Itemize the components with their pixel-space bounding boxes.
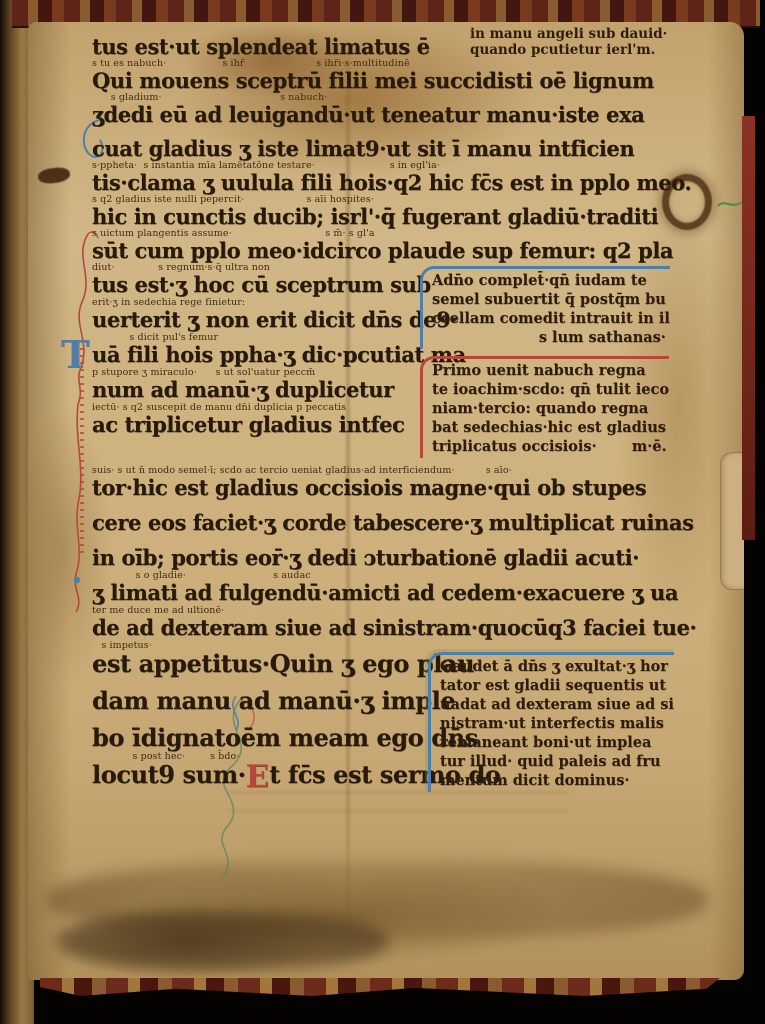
commentary-line: semel subuertit q̄ postq̄m bu <box>432 290 670 309</box>
text-line: hic in cunctis ducib; isrl'·q̄ fugerant … <box>92 205 682 228</box>
text-line-group: iectū· s q2 suscepit de manu dn̄i duplic… <box>92 402 432 437</box>
commentary-line: tur illud· quid paleis ad fru <box>440 752 674 771</box>
binding-red-strip <box>742 116 755 540</box>
text-line-group: s dicit pul's femur uā fili hois ppha·ʒ … <box>92 332 432 367</box>
text-line-group: s impetus· est appetitus·Quin ʒ ego plau <box>92 640 440 677</box>
commentary-line: nistram·ut interfectis malis <box>440 714 674 733</box>
commentary-column-bottom: Gaudet ā dn̄s ʒ exultat·ʒ hor tator est … <box>440 640 682 799</box>
text-line: ʒdedi eū ad leuigandū·ut teneatur manu·i… <box>92 103 682 126</box>
last-line-pre: locut9 sum· <box>92 760 246 789</box>
text-line-group: erit·ʒ in sedechia rege finietur: uerter… <box>92 297 432 332</box>
ink-blob-stain <box>37 166 71 185</box>
text-line-group: s o gladie· s audac ʒ limati ad fulgendū… <box>92 570 682 605</box>
gloss-line: in manu angeli sub dauid· <box>470 26 682 42</box>
text-line: bo īdignatoēm meam ego dn̄s <box>92 725 440 751</box>
text-line: sūt cum pplo meo·idcirco plaude sup femu… <box>92 239 682 262</box>
main-column-bottom: s impetus· est appetitus·Quin ʒ ego plau… <box>92 640 440 799</box>
commentary-line: uadat ad dexteram siue ad si <box>440 695 674 714</box>
commentary-line: Primo uenit nabuch regna <box>432 361 669 380</box>
commentary-line: te ioachim·scdo: qn̄ tulit ieco <box>432 380 669 399</box>
text-line-group: s q2 gladius iste nulli pepercit· s aīi … <box>92 194 682 228</box>
gloss-line: quando pcutietur ierl'm. <box>470 42 682 58</box>
text-line: num ad manū·ʒ duplicetur <box>92 378 432 401</box>
text-line: ʒ limati ad fulgendū·amicti ad cedem·exa… <box>92 581 682 604</box>
commentary-line: bat sedechias·hic est gladius <box>432 418 669 437</box>
parchment-page: tus est·ut splendeat limatus ē in manu a… <box>28 22 744 980</box>
text-line-group: s·ppheta· s instantia mīa lamētatōne tes… <box>92 160 682 194</box>
commentary-line: s lum sathanas· <box>432 328 670 347</box>
text-line-group: diut· s regnum·s·q̄ ultra non tus est·ʒ … <box>92 262 432 297</box>
top-right-gloss: in manu angeli sub dauid· quando pcutiet… <box>470 24 682 58</box>
commentary-line: Adn̄o complet̄·qn̄ iudam te <box>432 271 670 290</box>
book-bottom-page-edges <box>40 978 720 996</box>
text-line: Qui mouens sceptrū filii mei succidisti … <box>92 69 682 92</box>
text-line: cere eos faciet·ʒ corde tabescere·ʒ mult… <box>92 511 682 534</box>
main-column: T diut· s regnum·s·q̄ ultra non tus est·… <box>92 262 432 465</box>
parchment-tab <box>720 452 744 590</box>
two-column-zone: T diut· s regnum·s·q̄ ultra non tus est·… <box>92 262 682 465</box>
text-line-group: bo īdignatoēm meam ego dn̄s <box>92 714 440 751</box>
text-line: uā fili hois ppha·ʒ dic·pcutiat ma <box>92 343 432 366</box>
text-line: tus est·ut splendeat limatus ē <box>92 35 470 58</box>
commentary-block-b: Primo uenit nabuch regna te ioachim·scdo… <box>420 356 669 458</box>
text-line-group: suis· s ut n̄ modo semel·ī; scdo ac terc… <box>92 465 682 500</box>
text-line: de ad dexteram siue ad sinistram·quocūq3… <box>92 616 682 639</box>
manuscript-photo: tus est·ut splendeat limatus ē in manu a… <box>0 0 765 1024</box>
commentary-line: triplicatus occisiois· m·ē. <box>432 437 669 456</box>
text-line: tor·hic est gladius occisiois magne·qui … <box>92 476 682 499</box>
text-line: dam manu ad manū·ʒ imple <box>92 688 440 714</box>
text-line-group: cere eos faciet·ʒ corde tabescere·ʒ mult… <box>92 500 682 535</box>
illuminated-initial-E: E <box>246 759 270 795</box>
commentary-line: niam·tercio: quando regna <box>432 399 669 418</box>
commentary-line: ccellam comedit intrauit in il <box>432 309 670 328</box>
text-line: ac triplicetur gladius intfec <box>92 413 432 436</box>
commentary-line: remaneant boni·ut implea <box>440 733 674 752</box>
commentary-block-a: Adn̄o complet̄·qn̄ iudam te semel subuer… <box>420 266 670 349</box>
commentary-line: mentum dicit dominus· <box>440 771 674 790</box>
bottom-two-column-zone: s impetus· est appetitus·Quin ʒ ego plau… <box>92 640 682 799</box>
last-line-group: s post hec· s b̄do· locut9 sum·Et fc̄s e… <box>92 751 440 788</box>
commentary-line: Gaudet ā dn̄s ʒ exultat·ʒ hor <box>440 657 674 676</box>
text-line-group: dam manu ad manū·ʒ imple <box>92 677 440 714</box>
text-line: cuat gladius ʒ iste limat9·ut sit ī manu… <box>92 137 682 160</box>
text-line: uerterit ʒ non erit dicit dn̄s de9· <box>92 308 432 331</box>
text-line-group: cuat gladius ʒ iste limat9·ut sit ī manu… <box>92 126 682 160</box>
text-block: tus est·ut splendeat limatus ē in manu a… <box>92 24 682 799</box>
text-line-group: s uictum plangentis assume· s m̄· s gl'a… <box>92 228 682 262</box>
green-mark-right <box>716 196 744 214</box>
commentary-line: tator est gladii sequentis ut <box>440 676 674 695</box>
first-line-row: tus est·ut splendeat limatus ē in manu a… <box>92 24 682 58</box>
commentary-block-c: Gaudet ā dn̄s ʒ exultat·ʒ hor tator est … <box>428 652 674 792</box>
text-line-group: tus est·ut splendeat limatus ē <box>92 24 470 58</box>
text-line: in oīb; portis eor̄·ʒ dedi ɔturbationē g… <box>92 546 682 569</box>
text-line-group: ter me duce me ad ultionē· de ad dextera… <box>92 605 682 640</box>
text-line: tus est·ʒ hoc cū sceptrum sub <box>92 273 432 296</box>
text-line-group: s gladium· s nabuch· ʒdedi eū ad leuigan… <box>92 92 682 126</box>
full-width-zone: suis· s ut n̄ modo semel·ī; scdo ac terc… <box>92 465 682 640</box>
illuminated-initial-T: T <box>61 332 89 377</box>
text-line: tis·clama ʒ uulula fili hois·q2 hic fc̄s… <box>92 171 682 194</box>
text-line-group: p stupore ʒ miraculo· s ut sol'uatur pec… <box>92 367 432 402</box>
text-line-group: in oīb; portis eor̄·ʒ dedi ɔturbationē g… <box>92 535 682 570</box>
commentary-column: Adn̄o complet̄·qn̄ iudam te semel subuer… <box>432 262 682 465</box>
text-line: est appetitus·Quin ʒ ego plau <box>92 651 440 677</box>
text-line-group: s tu es nabuch· s ihr̄ s ihr̄i·s·multitu… <box>92 58 682 92</box>
bottom-dark-stain <box>58 912 388 970</box>
text-line: locut9 sum·Et fc̄s est sermo do <box>92 762 440 788</box>
